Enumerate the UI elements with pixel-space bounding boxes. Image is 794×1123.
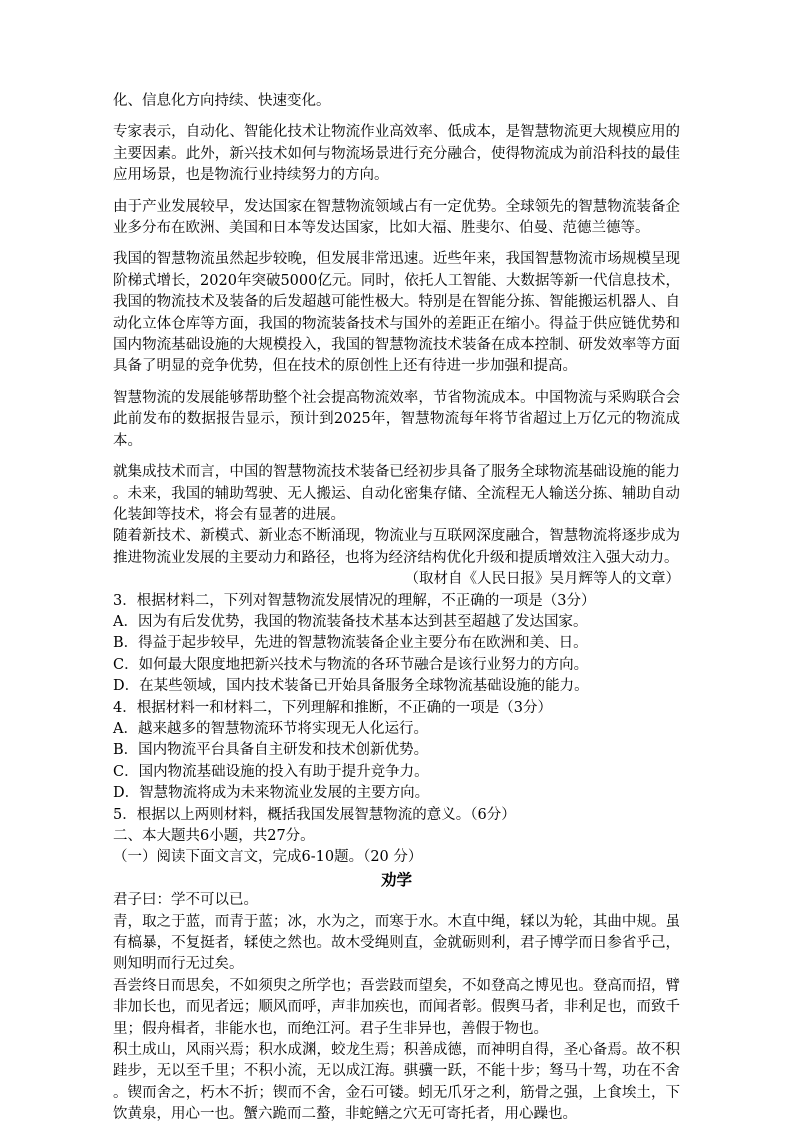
question-3-option-a: A．因为有后发优势，我国的物流装备技术基本达到甚至超越了发达国家。 bbox=[113, 612, 680, 633]
classical-paragraph-2: 青，取之于蓝，而青于蓝；冰，水为之，而寒于水。木直中绳，𫐓以为轮，其曲中规。虽有… bbox=[113, 912, 680, 976]
question-4-option-d: D．智慧物流将成为未来物流业发展的主要方向。 bbox=[113, 783, 680, 804]
continuation-paragraph: 化、信息化方向持续、快速变化。 bbox=[113, 91, 680, 112]
material-paragraph-integration: 就集成技术而言，中国的智慧物流技术装备已经初步具备了服务全球物流基础设施的能力。… bbox=[113, 462, 680, 526]
question-4-option-b: B．国内物流平台具备自主研发和技术创新优势。 bbox=[113, 740, 680, 761]
attribution-line: （取材自《人民日报》吴月辉等人的文章） bbox=[113, 569, 680, 590]
material-paragraph-new-tech: 随着新技术、新模式、新业态不断涌现，物流业与互联网深度融合，智慧物流将逐步成为推… bbox=[113, 526, 680, 569]
classical-paragraph-3: 吾尝终日而思矣，不如须臾之所学也；吾尝跂而望矣，不如登高之博见也。登高而招，臂非… bbox=[113, 976, 680, 1040]
subsection-heading: （一）阅读下面文言文，完成6-10题。（20 分） bbox=[113, 847, 680, 868]
classical-text-title: 劝学 bbox=[113, 869, 680, 890]
question-3-option-c: C．如何最大限度地把新兴技术与物流的各环节融合是该行业努力的方向。 bbox=[113, 655, 680, 676]
question-4-stem: 4．根据材料一和材料二，下列理解和推断，不正确的一项是（3分） bbox=[113, 698, 680, 719]
material-paragraph-experts: 专家表示，自动化、智能化技术让物流作业高效率、低成本，是智慧物流更大规模应用的主… bbox=[113, 122, 680, 186]
question-3-option-d: D．在某些领域，国内技术装备已开始具备服务全球物流基础设施的能力。 bbox=[113, 676, 680, 697]
section-heading: 二、本大题共6小题，共27分。 bbox=[113, 826, 680, 847]
classical-paragraph-4: 积土成山，风雨兴焉；积水成渊，蛟龙生焉；积善成德，而神明自得，圣心备焉。故不积跬… bbox=[113, 1040, 680, 1123]
question-4-option-c: C．国内物流基础设施的投入有助于提升竞争力。 bbox=[113, 762, 680, 783]
question-3-stem: 3．根据材料二，下列对智慧物流发展情况的理解，不正确的一项是（3分） bbox=[113, 591, 680, 612]
question-5-stem: 5．根据以上两则材料，概括我国发展智慧物流的意义。（6分） bbox=[113, 805, 680, 826]
document-content: 化、信息化方向持续、快速变化。 专家表示，自动化、智能化技术让物流作业高效率、低… bbox=[113, 91, 680, 1123]
material-paragraph-cost-saving: 智慧物流的发展能够帮助整个社会提高物流效率，节省物流成本。中国物流与采购联合会此… bbox=[113, 388, 680, 452]
material-paragraph-developed-countries: 由于产业发展较早，发达国家在智慧物流领域占有一定优势。全球领先的智慧物流装备企业… bbox=[113, 197, 680, 240]
exam-paper-page: 化、信息化方向持续、快速变化。 专家表示，自动化、智能化技术让物流作业高效率、低… bbox=[0, 0, 794, 1123]
question-3-option-b: B．得益于起步较早，先进的智慧物流装备企业主要分布在欧洲和美、日。 bbox=[113, 633, 680, 654]
material-paragraph-china-growth: 我国的智慧物流虽然起步较晚，但发展非常迅速。近些年来，我国智慧物流市场规模呈现阶… bbox=[113, 249, 680, 377]
question-4-option-a: A．越来越多的智慧物流环节将实现无人化运行。 bbox=[113, 719, 680, 740]
classical-paragraph-1: 君子曰：学不可以已。 bbox=[113, 890, 680, 911]
